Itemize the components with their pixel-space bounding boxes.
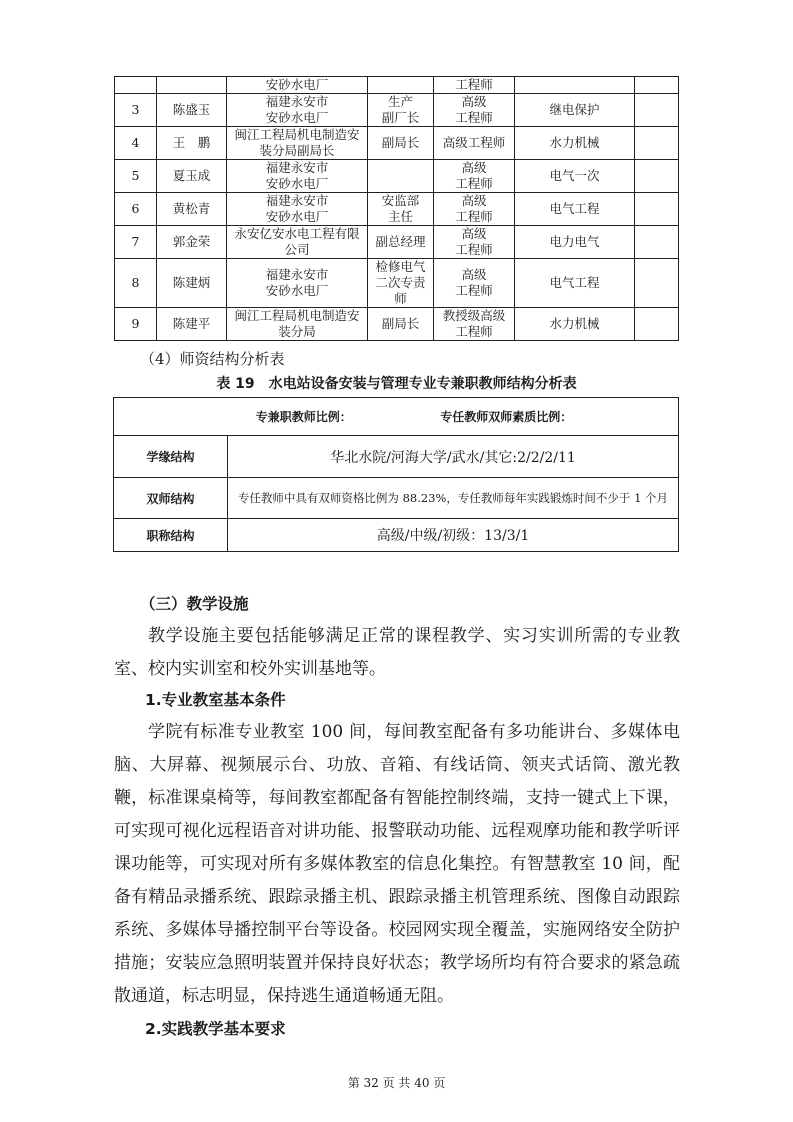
cell-title: 高级工程师: [434, 127, 515, 160]
cell-org: 福建永安市 安砂水电厂: [227, 193, 368, 226]
cell-post: 副总经理: [368, 226, 434, 259]
cell-name: 夏玉成: [157, 160, 227, 193]
table-row: 安砂水电厂工程师: [115, 77, 679, 94]
cell-title: 高级 工程师: [434, 226, 515, 259]
body-paragraph: 学院有标准专业教室 100 间，每间教室配备有多功能讲台、多媒体电脑、大屏幕、视…: [114, 716, 680, 1013]
cell-field: 电气一次: [515, 160, 635, 193]
cell-name: [157, 77, 227, 94]
cell-no: 6: [115, 193, 157, 226]
section-heading: （三）教学设施: [140, 592, 249, 614]
cell-title: 教授级高级 工程师: [434, 308, 515, 341]
enterprise-teacher-table: 安砂水电厂工程师3陈盛玉福建永安市 安砂水电厂生产 副厂长高级 工程师继电保护4…: [114, 76, 679, 341]
cell-name: 王 鹏: [157, 127, 227, 160]
cell-name: 陈建平: [157, 308, 227, 341]
table-row: 5夏玉成福建永安市 安砂水电厂高级 工程师电气一次: [115, 160, 679, 193]
cell-field: 水力机械: [515, 308, 635, 341]
cell-org: 安砂水电厂: [227, 77, 368, 94]
section-subtitle: （4）师资结构分析表: [140, 348, 285, 369]
cell-name: 郭金荣: [157, 226, 227, 259]
cell-no: 7: [115, 226, 157, 259]
cell-org: 福建永安市 安砂水电厂: [227, 94, 368, 127]
table-caption: 表 19 水电站设备安装与管理专业专兼职教师结构分析表: [0, 373, 793, 393]
intro-text: 教学设施主要包括能够满足正常的课程教学、实习实训所需的专业教室、校内实训室和校外…: [114, 620, 680, 686]
cell-org: 永安亿安水电工程有限 公司: [227, 226, 368, 259]
cell-title: 高级 工程师: [434, 193, 515, 226]
table-row: 双师结构 专任教师中具有双师资格比例为 88.23%，专任教师每年实践锻炼时间不…: [114, 478, 679, 519]
table-row: 6黄松青福建永安市 安砂水电厂安监部 主任高级 工程师电气工程: [115, 193, 679, 226]
table-row: 9陈建平闽江工程局机电制造安 装分局副局长教授级高级 工程师水力机械: [115, 308, 679, 341]
cell-no: [115, 77, 157, 94]
table-header-row: 专兼职教师比例： 专任教师双师素质比例：: [114, 398, 679, 436]
cell-title: 高级 工程师: [434, 160, 515, 193]
cell-extra: [635, 193, 679, 226]
cell-extra: [635, 127, 679, 160]
table-row: 4王 鹏闽江工程局机电制造安 装分局副局长副局长高级工程师水力机械: [115, 127, 679, 160]
cell-name: 黄松青: [157, 193, 227, 226]
cell-no: 4: [115, 127, 157, 160]
cell-org: 闽江工程局机电制造安 装分局副局长: [227, 127, 368, 160]
cell-field: 电气工程: [515, 193, 635, 226]
cell-extra: [635, 259, 679, 308]
cell-post: 安监部 主任: [368, 193, 434, 226]
cell-org: 闽江工程局机电制造安 装分局: [227, 308, 368, 341]
table-row: 职称结构 高级/中级/初级：13/3/1: [114, 519, 679, 552]
cell-extra: [635, 308, 679, 341]
table-row: 8陈建炳福建永安市 安砂水电厂检修电气 二次专责 师高级 工程师电气工程: [115, 259, 679, 308]
subsection-heading-1: 1.专业教室基本条件: [145, 688, 286, 710]
cell-name: 陈建炳: [157, 259, 227, 308]
body-text: 学院有标准专业教室 100 间，每间教室配备有多功能讲台、多媒体电脑、大屏幕、视…: [114, 716, 680, 1013]
dual-ratio-label: 专任教师双师素质比例：: [440, 408, 640, 425]
cell-post: 副局长: [368, 127, 434, 160]
intro-paragraph: 教学设施主要包括能够满足正常的课程教学、实习实训所需的专业教室、校内实训室和校外…: [114, 620, 680, 686]
teacher-structure-table: 专兼职教师比例： 专任教师双师素质比例： 学缘结构 华北水院/河海大学/武水/其…: [113, 397, 679, 552]
cell-org: 福建永安市 安砂水电厂: [227, 160, 368, 193]
cell-post: 副局长: [368, 308, 434, 341]
subsection-heading-2: 2.实践教学基本要求: [145, 1017, 286, 1039]
cell-field: [515, 77, 635, 94]
row-value: 专任教师中具有双师资格比例为 88.23%，专任教师每年实践锻炼时间不少于 1 …: [228, 478, 679, 519]
table-row: 3陈盛玉福建永安市 安砂水电厂生产 副厂长高级 工程师继电保护: [115, 94, 679, 127]
row-label: 职称结构: [114, 519, 228, 552]
cell-post: [368, 77, 434, 94]
cell-no: 8: [115, 259, 157, 308]
cell-field: 继电保护: [515, 94, 635, 127]
cell-extra: [635, 77, 679, 94]
cell-extra: [635, 226, 679, 259]
ratio-label: 专兼职教师比例：: [152, 408, 352, 425]
table-row: 学缘结构 华北水院/河海大学/武水/其它:2/2/2/11: [114, 436, 679, 478]
cell-field: 电力电气: [515, 226, 635, 259]
cell-extra: [635, 160, 679, 193]
cell-field: 水力机械: [515, 127, 635, 160]
cell-no: 5: [115, 160, 157, 193]
row-label: 学缘结构: [114, 436, 228, 478]
cell-title: 工程师: [434, 77, 515, 94]
table-row: 7郭金荣永安亿安水电工程有限 公司副总经理高级 工程师电力电气: [115, 226, 679, 259]
cell-post: [368, 160, 434, 193]
row-value: 高级/中级/初级：13/3/1: [228, 519, 679, 552]
cell-field: 电气工程: [515, 259, 635, 308]
cell-org: 福建永安市 安砂水电厂: [227, 259, 368, 308]
header-cell: 专兼职教师比例： 专任教师双师素质比例：: [114, 398, 679, 436]
cell-title: 高级 工程师: [434, 94, 515, 127]
page-number: 第 32 页 共 40 页: [0, 1074, 793, 1091]
cell-name: 陈盛玉: [157, 94, 227, 127]
row-value: 华北水院/河海大学/武水/其它:2/2/2/11: [228, 436, 679, 478]
row-label: 双师结构: [114, 478, 228, 519]
cell-post: 生产 副厂长: [368, 94, 434, 127]
cell-no: 9: [115, 308, 157, 341]
cell-title: 高级 工程师: [434, 259, 515, 308]
cell-post: 检修电气 二次专责 师: [368, 259, 434, 308]
cell-no: 3: [115, 94, 157, 127]
cell-extra: [635, 94, 679, 127]
